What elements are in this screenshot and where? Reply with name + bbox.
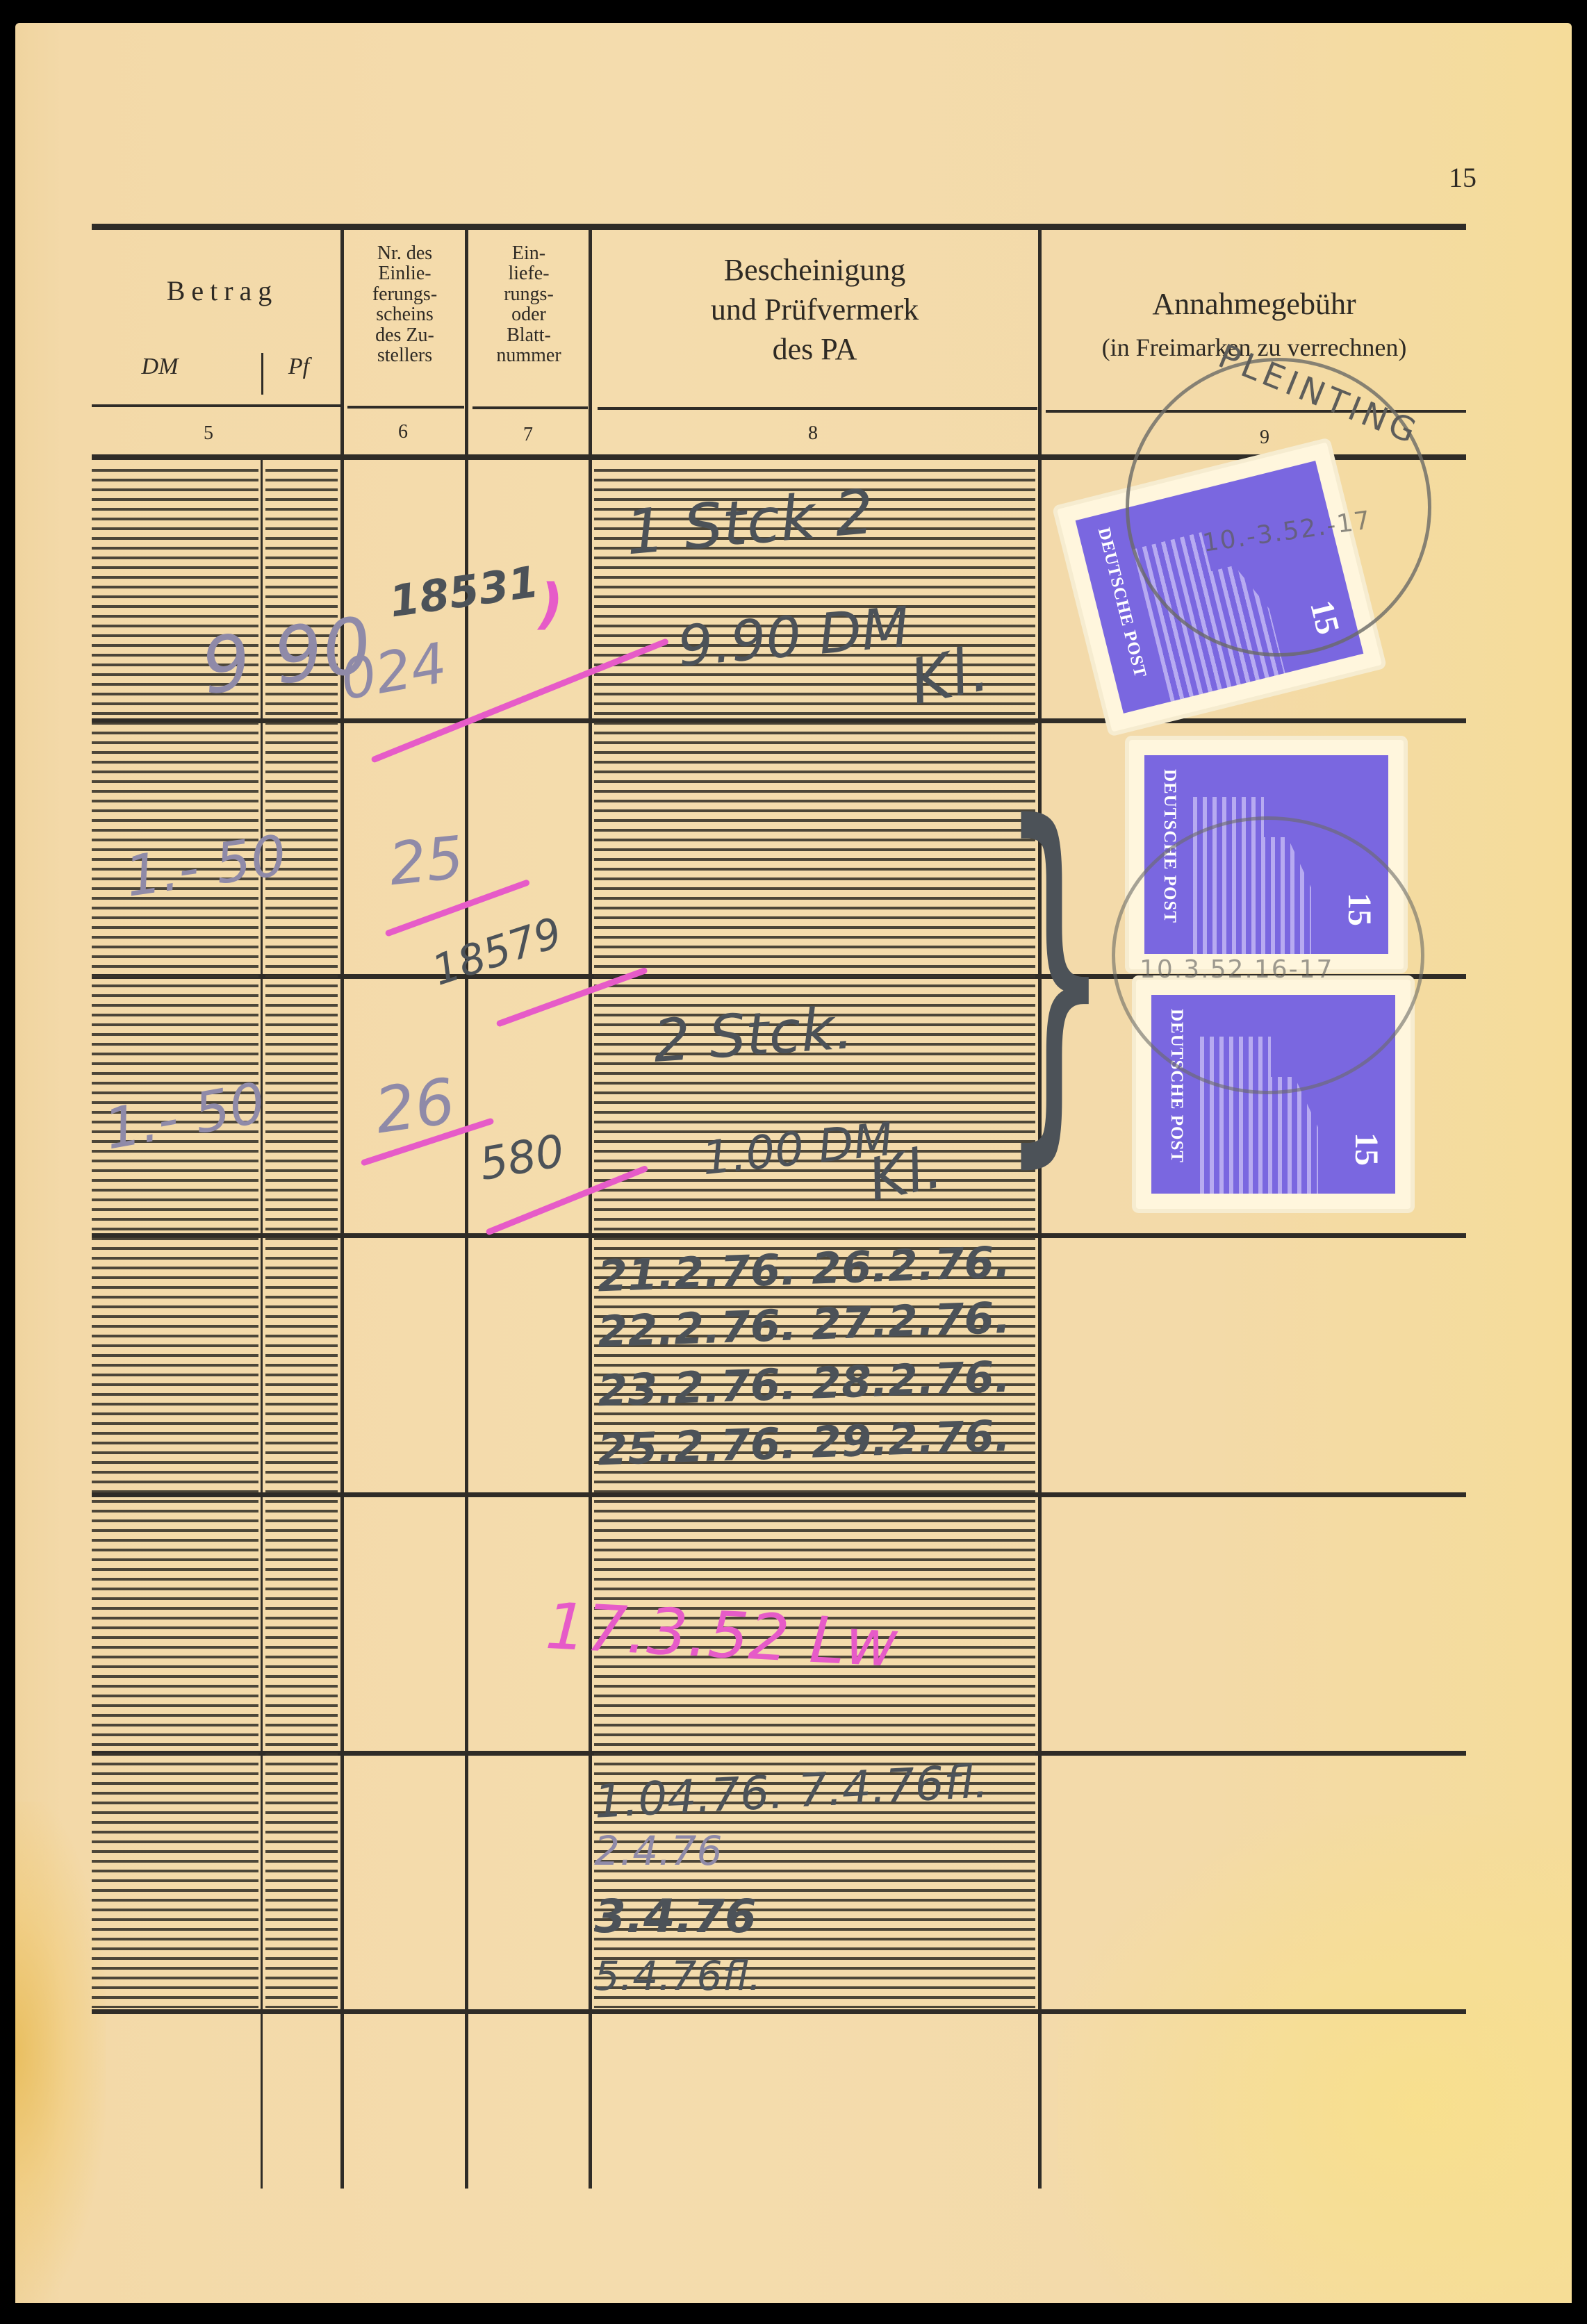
header-col6-line: ferungs- (344, 284, 466, 304)
header-col6-line: Einlie- (344, 263, 466, 283)
handwritten-certification: 2 Stck. (651, 994, 855, 1076)
column-divider-dm-pf (261, 460, 263, 2189)
column-divider (465, 229, 468, 2189)
header-sub-rule-col6 (347, 406, 464, 409)
header-col7: Ein- liefe- rungs- oder Blatt- nummer (469, 243, 589, 365)
header-col6-line: des Zu- (344, 325, 466, 345)
header-col8-line: des PA (594, 329, 1035, 369)
header-col6-line: Nr. des (344, 243, 466, 263)
header-col7-line: oder (469, 304, 589, 324)
header-col7-line: liefe- (469, 263, 589, 283)
column-divider (340, 229, 344, 2189)
postmark-date: 10.3.52.16-17 (1140, 955, 1333, 984)
page-number: 15 (1449, 161, 1477, 194)
header-dm: DM (125, 354, 195, 379)
header-col7-line: rungs- (469, 284, 589, 304)
handwritten-brace: } (999, 778, 1110, 1167)
header-col7-line: nummer (469, 345, 589, 365)
stamp-value: 15 (1347, 1132, 1385, 1166)
header-col6-line: scheins (344, 304, 466, 324)
header-sub-rule-col7 (472, 406, 588, 409)
column-number-6: 6 (382, 421, 424, 443)
handwritten-date-line: 2.4.76 (594, 1827, 722, 1874)
table-top-rule (92, 224, 1466, 230)
header-col8: Bescheinigung und Prüfvermerk des PA (594, 250, 1035, 370)
header-col8-line: und Prüfvermerk (594, 290, 1035, 329)
column-number-8: 8 (792, 422, 834, 445)
handwritten-note: 25 (386, 823, 467, 899)
header-sub-rule-betrag (92, 404, 340, 407)
pink-mark: ) (538, 573, 564, 636)
handwritten-date-line: 3.4.76 (594, 1890, 757, 1943)
header-col6-line: stellers (344, 345, 466, 365)
header-col8-line: Bescheinigung (594, 250, 1035, 290)
column-number-7: 7 (507, 424, 549, 446)
header-col6: Nr. des Einlie- ferungs- scheins des Zu-… (344, 243, 466, 365)
handwritten-date-line: 5.4.76fl. (594, 1952, 761, 2000)
header-col7-line: Blatt- (469, 325, 589, 345)
header-betrag: Betrag (118, 277, 327, 306)
header-col7-line: Ein- (469, 243, 589, 263)
header-sub-rule-col8 (598, 407, 1037, 410)
column-divider (1038, 229, 1042, 2189)
header-col9-title: Annahmegebühr (1042, 288, 1466, 320)
column-divider (261, 353, 263, 395)
column-divider (589, 229, 592, 2189)
column-number-5: 5 (188, 422, 229, 445)
header-pf: Pf (278, 354, 320, 379)
row-separator (92, 2009, 1466, 2014)
